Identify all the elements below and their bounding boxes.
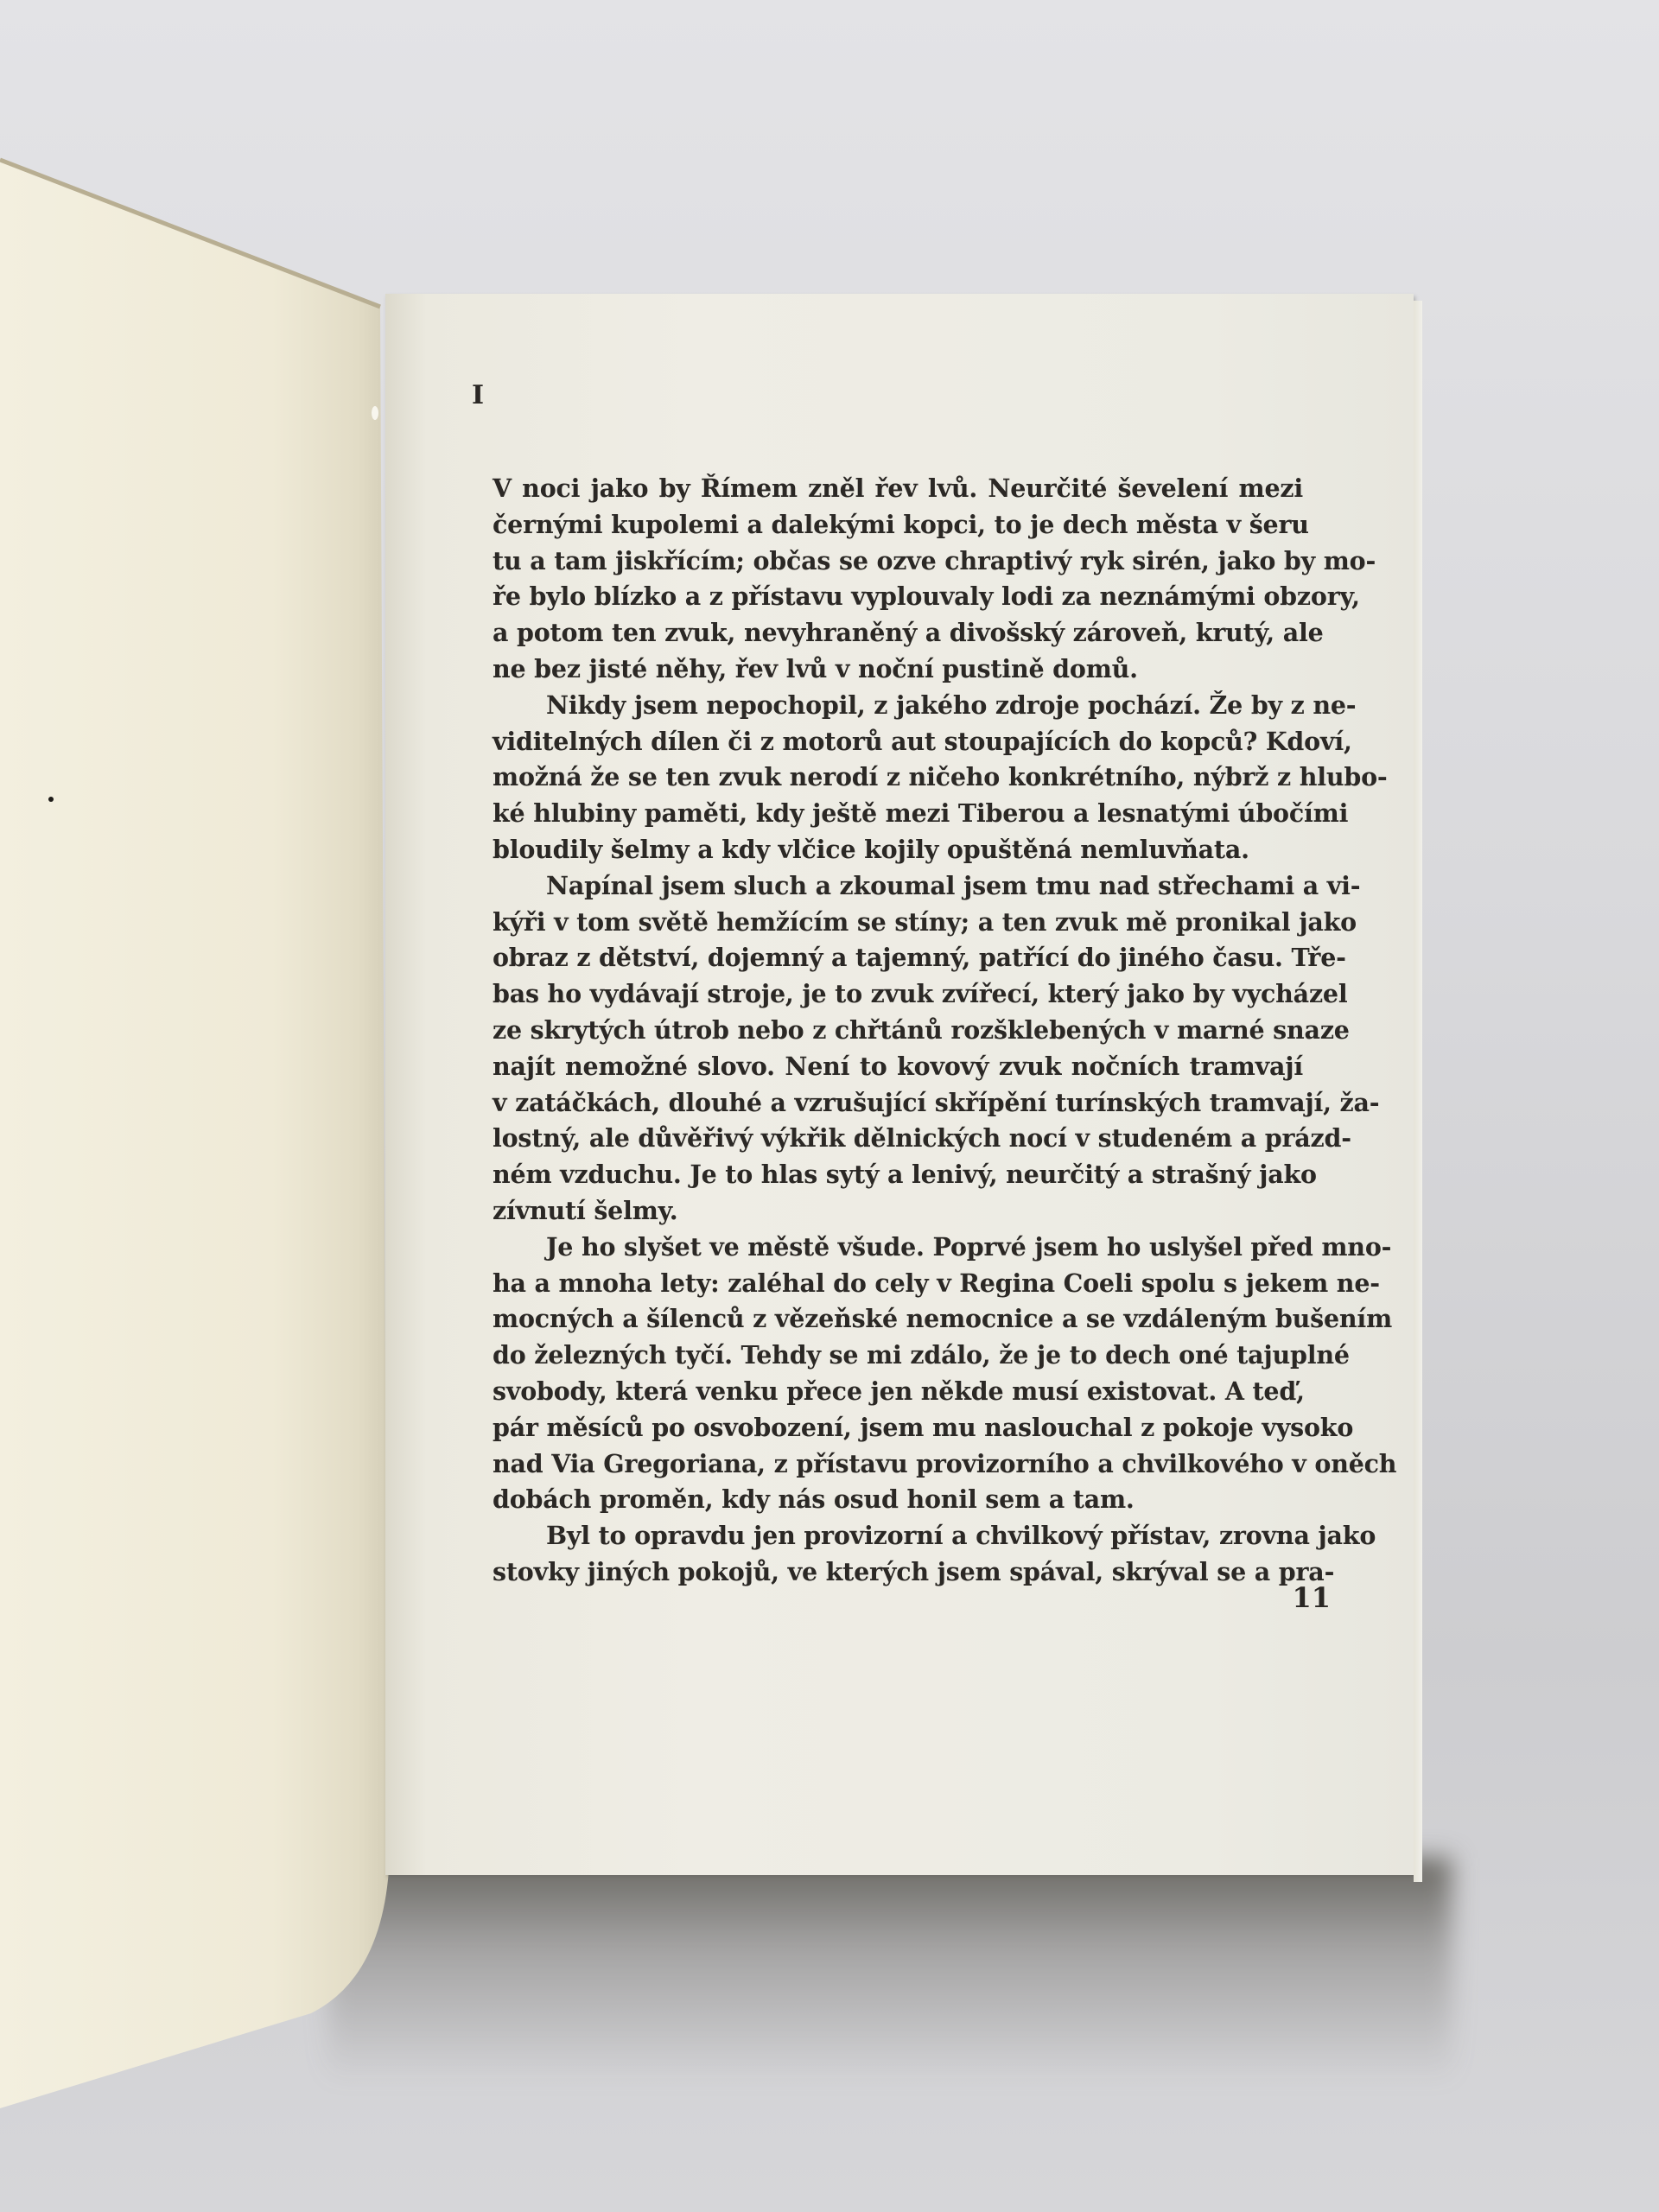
text-line: tu a tam jiskřícím; občas se ozve chrapt… [493,543,1303,580]
text-line: ze skrytých útrob nebo z chřtánů rozškle… [493,1013,1303,1049]
text-line: pár měsíců po osvobození, jsem mu naslou… [493,1410,1303,1446]
text-line: ře bylo blízko a z přístavu vyplouvaly l… [493,579,1303,615]
text-line: v zatáčkách, dlouhé a vzrušující skřípěn… [493,1085,1303,1122]
text-line: svobody, která venku přece jen někde mus… [493,1374,1303,1410]
text-line: ném vzduchu. Je to hlas sytý a lenivý, n… [493,1157,1303,1193]
text-line: mocných a šílenců z vězeňské nemocnice a… [493,1301,1303,1338]
text-line: bloudily šelmy a kdy vlčice kojily opušt… [493,832,1303,868]
paragraph-4: Je ho slyšet ve městě všude. Poprvé jsem… [493,1230,1303,1518]
paragraph-3: Napínal jsem sluch a zkoumal jsem tmu na… [493,868,1303,1230]
text-line: najít nemožné slovo. Není to kovový zvuk… [493,1049,1303,1085]
text-line: ne bez jisté něhy, řev lvů v noční pusti… [493,652,1303,688]
text-line: kýři v tom světě hemžícím se stíny; a te… [493,905,1303,941]
text-line: možná že se ten zvuk nerodí z ničeho kon… [493,760,1303,796]
text-line: Je ho slyšet ve městě všude. Poprvé jsem… [493,1230,1303,1266]
text-line: ké hlubiny paměti, kdy ještě mezi Tibero… [493,796,1303,832]
book-shadow [328,1858,1452,2082]
text-line: a potom ten zvuk, nevyhraněný a divošský… [493,615,1303,652]
text-line: bas ho vydávají stroje, je to zvuk zvíře… [493,976,1303,1013]
paragraph-5: Byl to opravdu jen provizorní a chvilkov… [493,1518,1303,1591]
text-line: černými kupolemi a dalekými kopci, to je… [493,507,1303,543]
text-line: Nikdy jsem nepochopil, z jakého zdroje p… [493,688,1303,724]
left-page-curl [0,0,432,2212]
body-text: V noci jako by Římem zněl řev lvů. Neurč… [493,471,1303,1591]
text-line: obraz z dětství, dojemný a tajemný, patř… [493,940,1303,976]
paragraph-1: V noci jako by Římem zněl řev lvů. Neurč… [493,471,1303,688]
ink-speck [48,797,54,802]
text-line: zívnutí šelmy. [493,1193,1303,1230]
page-hole [372,406,378,420]
left-page [0,0,432,2212]
text-line: nad Via Gregoriana, z přístavu provizorn… [493,1446,1303,1483]
right-page: I V noci jako by Římem zněl řev lvů. Neu… [385,294,1414,1875]
text-line: Napínal jsem sluch a zkoumal jsem tmu na… [493,868,1303,905]
page-number: 11 [1292,1581,1331,1614]
photo-scene: I V noci jako by Římem zněl řev lvů. Neu… [0,0,1659,2212]
text-line: do železných tyčí. Tehdy se mi zdálo, že… [493,1338,1303,1374]
chapter-number: I [472,380,484,410]
text-line: Byl to opravdu jen provizorní a chvilkov… [493,1518,1303,1554]
text-line: dobách proměn, kdy nás osud honil sem a … [493,1482,1303,1518]
text-line: ha a mnoha lety: zaléhal do cely v Regin… [493,1266,1303,1302]
text-line: stovky jiných pokojů, ve kterých jsem sp… [493,1554,1303,1591]
text-line: V noci jako by Římem zněl řev lvů. Neurč… [493,471,1303,507]
text-line: viditelných dílen či z motorů aut stoupa… [493,724,1303,760]
paragraph-2: Nikdy jsem nepochopil, z jakého zdroje p… [493,688,1303,868]
text-line: lostný, ale důvěřivý výkřik dělnických n… [493,1121,1303,1157]
